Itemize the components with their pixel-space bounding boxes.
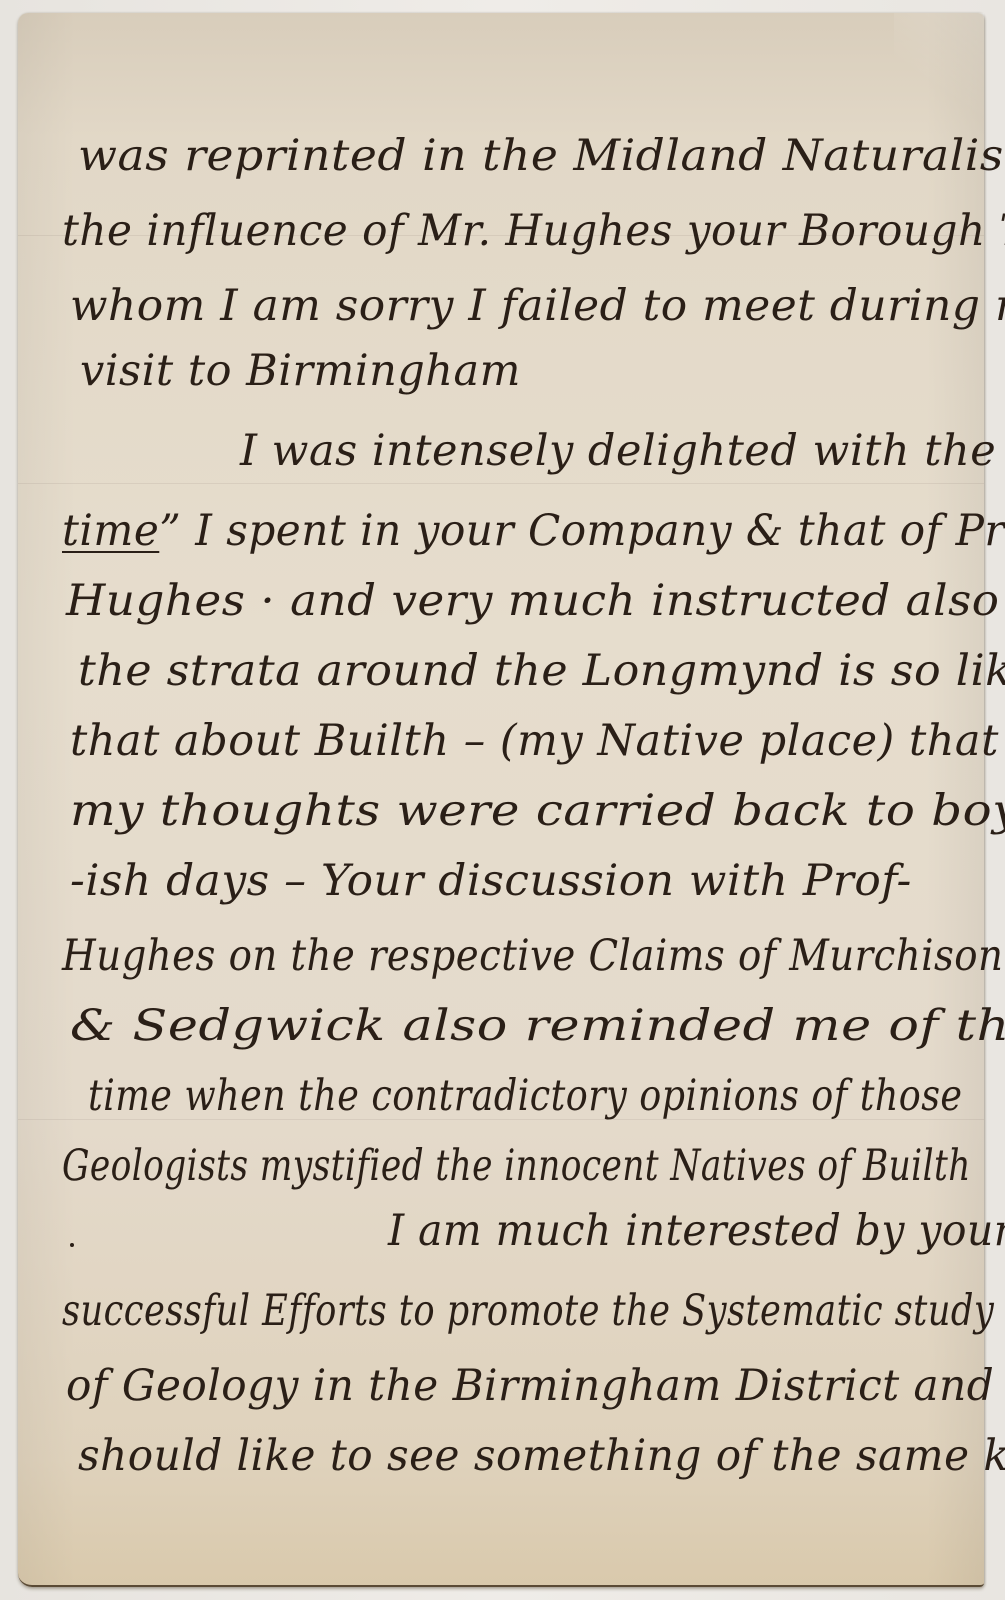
letter-line-16: I am much interested by your [388, 1210, 1005, 1253]
letter-line-18: of Geology in the Birmingham District an… [66, 1365, 1005, 1408]
letter-line-14: time when the contradictory opinions of … [88, 1075, 962, 1118]
line-5-text: I was intensely delighted with the “good [240, 426, 1005, 476]
letter-line-12: Hughes on the respective Claims of Murch… [62, 935, 1003, 978]
underlined-word-time: time [62, 506, 159, 556]
letter-line-15: Geologists mystified the innocent Native… [62, 1145, 971, 1188]
line-6-text: ” I spent in your Company & that of Prof… [159, 506, 1005, 556]
letter-line-6: time” I spent in your Company & that of … [62, 510, 1005, 553]
letter-line-2: the influence of Mr. Hughes your Borough… [62, 210, 1005, 253]
letter-line-17: successful Efforts to promote the System… [62, 1290, 994, 1333]
letter-line-11: -ish days – Your discussion with Prof- [70, 860, 912, 903]
letter-line-8: the strata around the Longmynd is so lik… [78, 650, 1005, 693]
letter-line-7: Hughes · and very much instructed also – [66, 580, 1005, 623]
letter-line-3: whom I am sorry I failed to meet during … [70, 285, 1005, 328]
letter-line-1: was reprinted in the Midland Naturalist,… [78, 135, 1005, 178]
letter-line-13: & Sedgwick also reminded me of the [70, 1005, 1005, 1048]
letter-line-5: I was intensely delighted with the “good [240, 430, 1005, 473]
letter-line-4: visit to Birmingham [80, 350, 521, 393]
letter-line-19: should like to see something of the same… [78, 1435, 1005, 1478]
letter-line-9: that about Builth – (my Native place) th… [70, 720, 999, 763]
faint-ruling [18, 483, 984, 484]
stray-ink-dot [70, 1243, 74, 1247]
letter-line-10: my thoughts were carried back to boy- [70, 790, 1005, 833]
